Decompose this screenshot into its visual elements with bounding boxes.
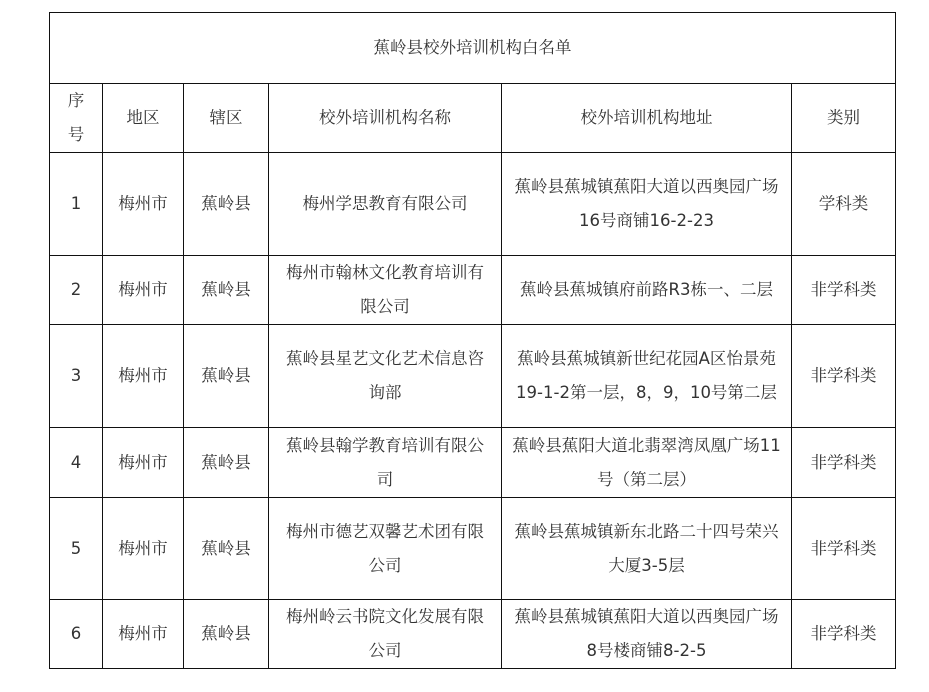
cell-seq: 6 <box>50 600 103 669</box>
column-header-region: 地区 <box>103 84 184 153</box>
column-header-district: 辖区 <box>184 84 269 153</box>
cell-category: 学科类 <box>792 153 896 256</box>
cell-district: 蕉岭县 <box>184 498 269 600</box>
cell-region: 梅州市 <box>103 428 184 498</box>
cell-category: 非学科类 <box>792 256 896 325</box>
cell-category: 非学科类 <box>792 498 896 600</box>
table-row: 4 梅州市 蕉岭县 蕉岭县翰学教育培训有限公司 蕉岭县蕉阳大道北翡翠湾凤凰广场1… <box>50 428 896 498</box>
cell-seq: 4 <box>50 428 103 498</box>
cell-category: 非学科类 <box>792 600 896 669</box>
column-header-seq: 序号 <box>50 84 103 153</box>
cell-name: 梅州学思教育有限公司 <box>269 153 502 256</box>
table-row: 6 梅州市 蕉岭县 梅州岭云书院文化发展有限公司 蕉岭县蕉城镇蕉阳大道以西奥园广… <box>50 600 896 669</box>
cell-address: 蕉岭县蕉城镇府前路R3栋一、二层 <box>502 256 792 325</box>
whitelist-table: 蕉岭县校外培训机构白名单 序号 地区 辖区 校外培训机构名称 校外培训机构地址 … <box>49 12 896 669</box>
cell-seq: 2 <box>50 256 103 325</box>
cell-seq: 3 <box>50 325 103 428</box>
cell-district: 蕉岭县 <box>184 153 269 256</box>
cell-name: 梅州市翰林文化教育培训有限公司 <box>269 256 502 325</box>
table-title: 蕉岭县校外培训机构白名单 <box>50 13 896 84</box>
column-header-name: 校外培训机构名称 <box>269 84 502 153</box>
cell-district: 蕉岭县 <box>184 325 269 428</box>
cell-region: 梅州市 <box>103 256 184 325</box>
cell-region: 梅州市 <box>103 153 184 256</box>
cell-name: 蕉岭县翰学教育培训有限公司 <box>269 428 502 498</box>
cell-address: 蕉岭县蕉城镇蕉阳大道以西奥园广场8号楼商铺8-2-5 <box>502 600 792 669</box>
table-row: 2 梅州市 蕉岭县 梅州市翰林文化教育培训有限公司 蕉岭县蕉城镇府前路R3栋一、… <box>50 256 896 325</box>
table-row: 3 梅州市 蕉岭县 蕉岭县星艺文化艺术信息咨询部 蕉岭县蕉城镇新世纪花园A区怡景… <box>50 325 896 428</box>
column-header-address: 校外培训机构地址 <box>502 84 792 153</box>
cell-seq: 5 <box>50 498 103 600</box>
title-row: 蕉岭县校外培训机构白名单 <box>50 13 896 84</box>
header-row: 序号 地区 辖区 校外培训机构名称 校外培训机构地址 类别 <box>50 84 896 153</box>
cell-category: 非学科类 <box>792 428 896 498</box>
cell-address: 蕉岭县蕉城镇新东北路二十四号荣兴大厦3-5层 <box>502 498 792 600</box>
cell-district: 蕉岭县 <box>184 600 269 669</box>
cell-address: 蕉岭县蕉城镇新世纪花园A区怡景苑19-1-2第一层，8，9，10号第二层 <box>502 325 792 428</box>
table-row: 1 梅州市 蕉岭县 梅州学思教育有限公司 蕉岭县蕉城镇蕉阳大道以西奥园广场16号… <box>50 153 896 256</box>
cell-category: 非学科类 <box>792 325 896 428</box>
cell-name: 蕉岭县星艺文化艺术信息咨询部 <box>269 325 502 428</box>
column-header-category: 类别 <box>792 84 896 153</box>
table-row: 5 梅州市 蕉岭县 梅州市德艺双馨艺术团有限公司 蕉岭县蕉城镇新东北路二十四号荣… <box>50 498 896 600</box>
cell-district: 蕉岭县 <box>184 256 269 325</box>
cell-name: 梅州市德艺双馨艺术团有限公司 <box>269 498 502 600</box>
cell-region: 梅州市 <box>103 325 184 428</box>
cell-region: 梅州市 <box>103 600 184 669</box>
cell-name: 梅州岭云书院文化发展有限公司 <box>269 600 502 669</box>
cell-district: 蕉岭县 <box>184 428 269 498</box>
cell-address: 蕉岭县蕉阳大道北翡翠湾凤凰广场11号（第二层） <box>502 428 792 498</box>
cell-seq: 1 <box>50 153 103 256</box>
cell-region: 梅州市 <box>103 498 184 600</box>
cell-address: 蕉岭县蕉城镇蕉阳大道以西奥园广场16号商铺16-2-23 <box>502 153 792 256</box>
